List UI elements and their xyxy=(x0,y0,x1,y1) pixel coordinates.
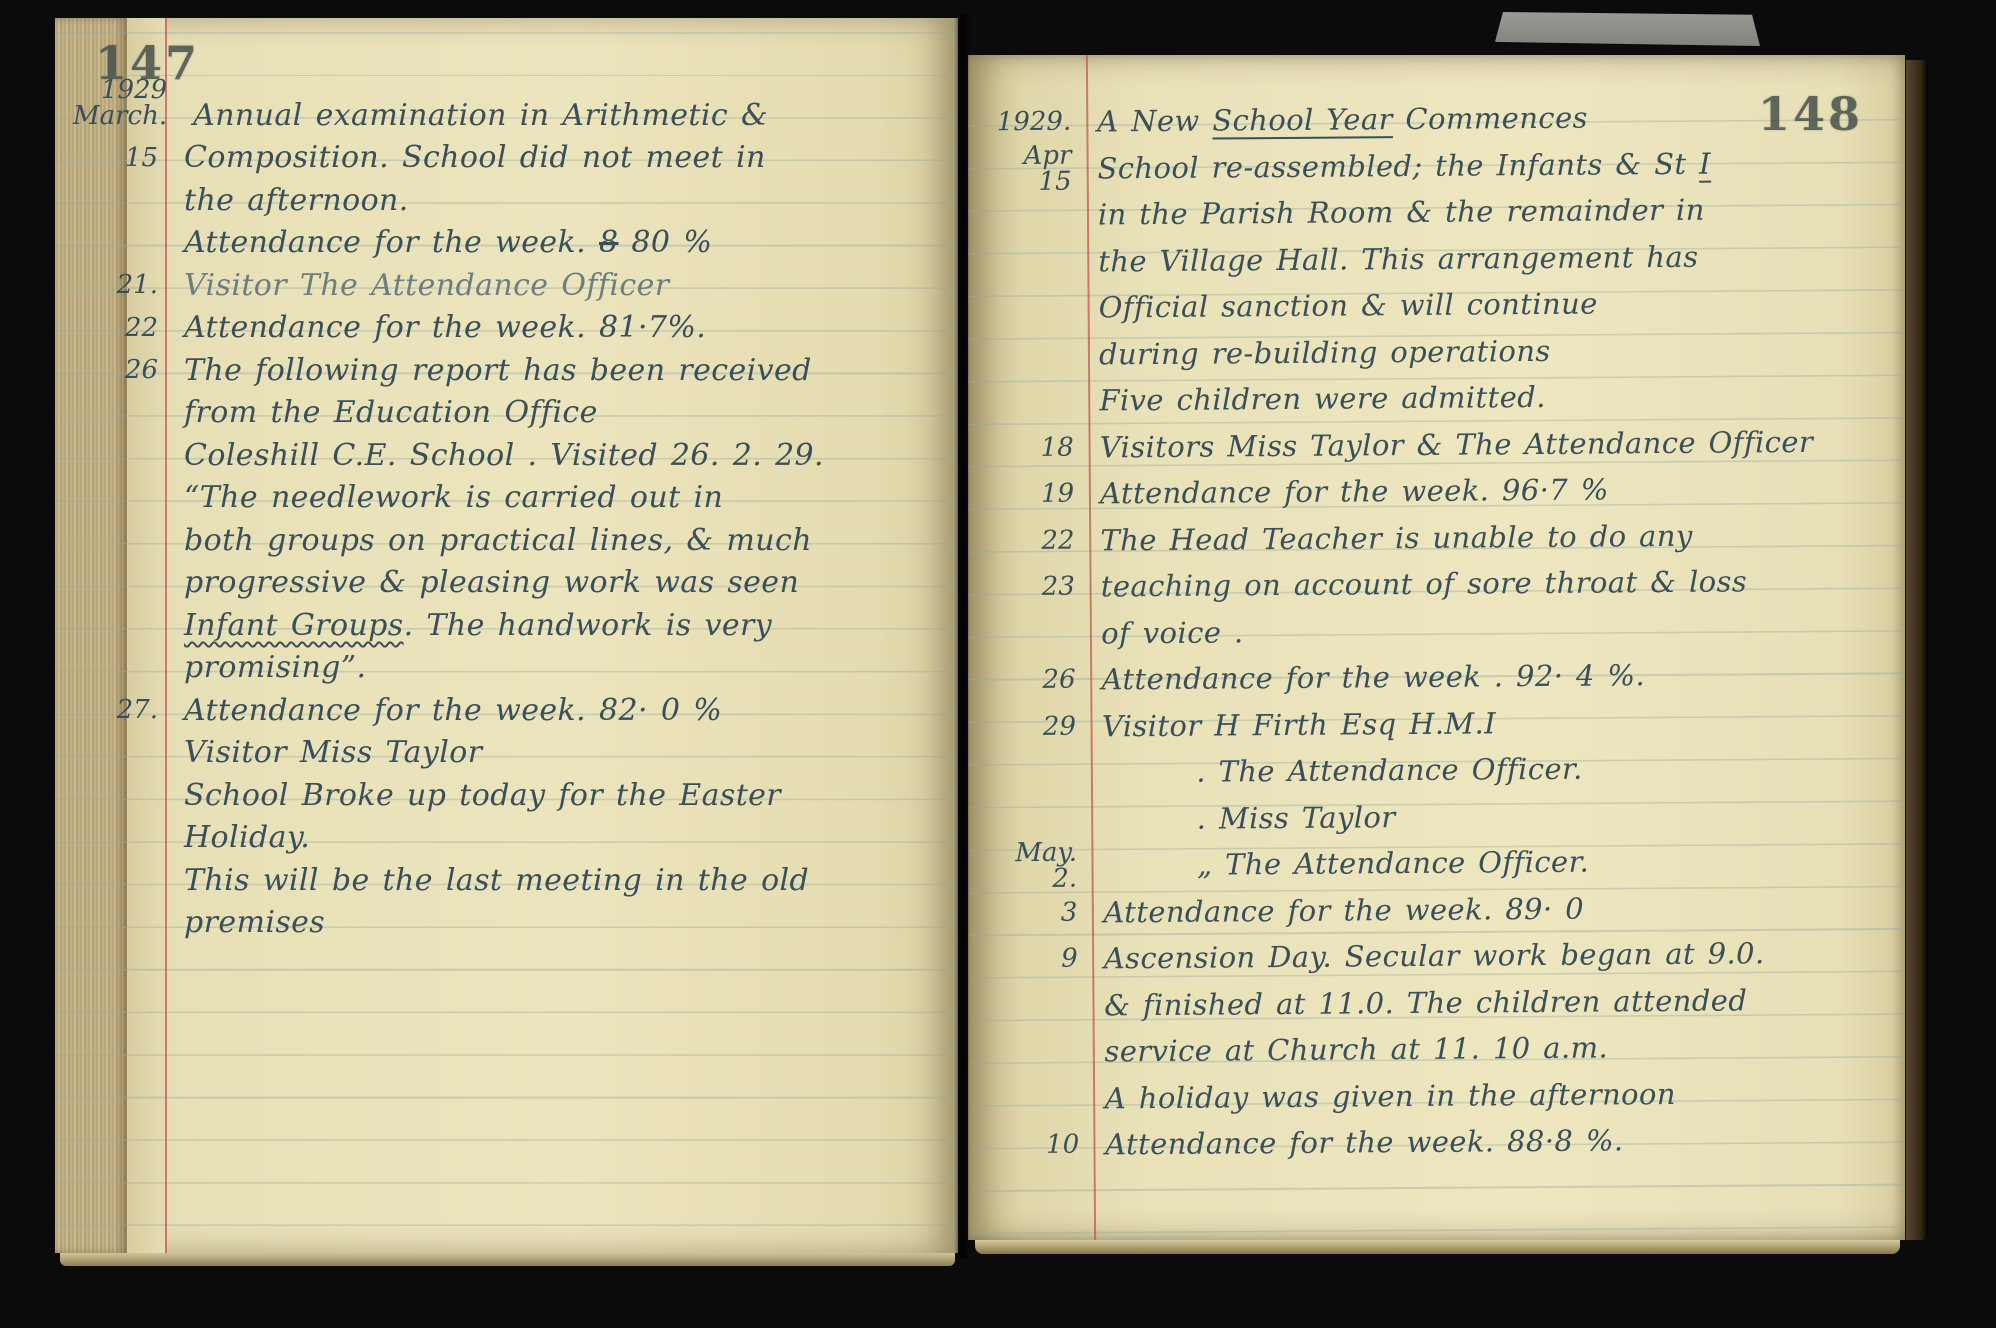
logbook-line: 26The following report has been received xyxy=(73,349,948,392)
margin-date xyxy=(993,1005,1088,1006)
entry-text-segment: Ascension Day. Secular work began at 9.0… xyxy=(1104,936,1765,975)
repair-tape xyxy=(1495,12,1760,46)
entry-text: service at Church at 11. 10 a.m. xyxy=(1088,1028,1902,1068)
logbook-line: School Broke up today for the Easter xyxy=(73,774,948,817)
logbook-line: in the Parish Room & the remainder in xyxy=(987,185,1896,239)
logbook-line: both groups on practical lines, & much xyxy=(73,519,948,562)
logbook-line: the Village Hall. This arrangement has xyxy=(987,232,1896,286)
entry-text-segment: I xyxy=(1699,146,1711,180)
entry-text: & finished at 11.0. The children attende… xyxy=(1088,982,1902,1022)
entry-text: The following report has been received xyxy=(168,353,948,388)
entry-text-segment: School Year xyxy=(1212,102,1393,137)
entry-text-segment: Attendance for the week . 92· 4 %. xyxy=(1101,658,1645,696)
entry-text: Infant Groups. The handwork is very xyxy=(168,608,948,643)
logbook-line: from the Education Office xyxy=(73,392,948,435)
margin-date: 23 xyxy=(990,574,1085,601)
entry-text-segment: Annual examination in Arithmetic & xyxy=(193,98,768,133)
entry-text: . Miss Taylor xyxy=(1087,796,1901,836)
entry-text-segment: The Head Teacher is unable to do any xyxy=(1100,519,1692,558)
entry-text-segment: 80 % xyxy=(618,225,712,260)
entry-text: Official sanction & will continue xyxy=(1083,284,1897,324)
entry-text-segment: the afternoon. xyxy=(184,183,409,218)
entry-text-segment: Commences xyxy=(1393,101,1588,137)
logbook-line: Holiday. xyxy=(73,817,948,860)
logbook-line: 1929March.Annual examination in Arithmet… xyxy=(73,94,948,137)
logbook-line: service at Church at 11. 10 a.m. xyxy=(993,1022,1902,1076)
logbook-line: Attendance for the week. 8 80 % xyxy=(73,222,948,265)
logbook-line: Five children were admitted. xyxy=(988,371,1897,425)
margin-date: 18 xyxy=(989,434,1084,461)
entry-text-segment: Coleshill C.E. School . Visited 26. 2. 2… xyxy=(184,438,824,473)
margin-date: 29 xyxy=(991,713,1086,740)
entry-text-segment: Attendance for the week. 88·8 %. xyxy=(1105,1124,1624,1162)
entry-text: the Village Hall. This arrangement has xyxy=(1082,238,1896,278)
entry-text-segment: teaching on account of sore throat & los… xyxy=(1101,565,1748,604)
logbook-line: 15Composition. School did not meet in xyxy=(73,137,948,180)
margin-date: 19 xyxy=(989,481,1084,508)
logbook-line: May. 2.„ The Attendance Officer. xyxy=(992,836,1901,890)
margin-date: 26 xyxy=(73,357,168,383)
entry-text: both groups on practical lines, & much xyxy=(168,523,948,558)
bottom-page-edge xyxy=(60,1253,955,1266)
entry-text-segment: premises xyxy=(184,905,325,940)
margin-date: 22 xyxy=(73,315,168,341)
logbook-line: the afternoon. xyxy=(73,179,948,222)
margin-date xyxy=(990,633,1085,634)
logbook-photo: 147 1929March.Annual examination in Arit… xyxy=(0,0,1996,1328)
margin-date: 21. xyxy=(73,272,168,298)
right-page: 148 1929.A New School Year CommencesApr … xyxy=(968,55,1905,1240)
margin-date: 3 xyxy=(992,899,1087,926)
entry-text-segment: in the Parish Room & the remainder in xyxy=(1098,193,1705,232)
entry-text: in the Parish Room & the remainder in xyxy=(1082,191,1896,231)
entry-text-segment: Attendance for the week. 81·7%. xyxy=(184,310,706,345)
logbook-line: . Miss Taylor xyxy=(991,790,1900,844)
entry-text: Ascension Day. Secular work began at 9.0… xyxy=(1088,935,1902,975)
logbook-line: 18Visitors Miss Taylor & The Attendance … xyxy=(989,418,1898,472)
entry-text: Coleshill C.E. School . Visited 26. 2. 2… xyxy=(168,438,948,473)
entry-text-segment: of voice . xyxy=(1101,615,1244,650)
margin-date: 15 xyxy=(73,145,168,171)
entry-text-segment: A New xyxy=(1097,104,1212,139)
logbook-line: Visitor Miss Taylor xyxy=(73,732,948,775)
margin-date: Apr 15 xyxy=(986,142,1081,195)
logbook-line: This will be the last meeting in the old xyxy=(73,859,948,902)
entry-text: the afternoon. xyxy=(168,183,948,218)
logbook-line: Coleshill C.E. School . Visited 26. 2. 2… xyxy=(73,434,948,477)
entry-text-segment: Attendance for the week. 96·7 % xyxy=(1100,473,1609,511)
entry-text-segment: progressive & pleasing work was seen xyxy=(184,565,799,600)
entry-text-segment: A holiday was given in the afternoon xyxy=(1105,1077,1676,1115)
entry-text: of voice . xyxy=(1085,610,1899,650)
entry-text: Attendance for the week. 96·7 % xyxy=(1084,470,1898,510)
logbook-line: “The needlework is carried out in xyxy=(73,477,948,520)
margin-date: May. 2. xyxy=(992,840,1087,893)
entry-text: School re-assembled; the Infants & St I xyxy=(1081,145,1895,185)
margin-date xyxy=(988,308,1083,309)
entry-text-segment: the Village Hall. This arrangement has xyxy=(1098,239,1698,278)
logbook-line: 29Visitor H Firth Esq H.M.I xyxy=(991,697,1900,751)
entry-text-segment: during re-building operations xyxy=(1099,334,1551,372)
logbook-line: 9Ascension Day. Secular work began at 9.… xyxy=(993,929,1902,983)
entry-text: progressive & pleasing work was seen xyxy=(168,565,948,600)
logbook-line: Infant Groups. The handwork is very xyxy=(73,604,948,647)
entry-text: School Broke up today for the Easter xyxy=(168,778,948,813)
margin-date: 22 xyxy=(989,527,1084,554)
logbook-line: . The Attendance Officer. xyxy=(991,743,1900,797)
entry-text-segment: . The handwork is very xyxy=(404,608,773,643)
entry-text: premises xyxy=(168,905,948,940)
entry-text: from the Education Office xyxy=(168,395,948,430)
entry-text: This will be the last meeting in the old xyxy=(168,863,948,898)
book-cover-edge xyxy=(1906,60,1928,1240)
entry-text-segment: Attendance for the week. xyxy=(184,225,599,260)
left-page: 147 1929March.Annual examination in Arit… xyxy=(55,18,958,1253)
margin-date: 10 xyxy=(994,1132,1089,1159)
margin-date xyxy=(991,773,1086,774)
logbook-line: 19Attendance for the week. 96·7 % xyxy=(989,464,1898,518)
entry-text: The Head Teacher is unable to do any xyxy=(1084,517,1898,557)
margin-date xyxy=(987,215,1082,216)
logbook-line: during re-building operations xyxy=(988,325,1897,379)
entry-text-segment: 8 xyxy=(599,225,619,260)
left-page-entries: 1929March.Annual examination in Arithmet… xyxy=(73,94,948,944)
margin-date xyxy=(988,354,1083,355)
entry-text-segment: Infant Groups xyxy=(184,608,404,643)
logbook-line: promising”. xyxy=(73,647,948,690)
logbook-line: premises xyxy=(73,902,948,945)
entry-text: Composition. School did not meet in xyxy=(168,140,948,175)
entry-text: Attendance for the week. 89· 0 xyxy=(1087,889,1901,929)
logbook-line: 22The Head Teacher is unable to do any xyxy=(989,511,1898,565)
logbook-line: 26Attendance for the week . 92· 4 %. xyxy=(990,650,1899,704)
logbook-line: 1929.A New School Year Commences xyxy=(986,92,1895,146)
margin-date xyxy=(987,261,1082,262)
entry-text-segment: Visitor The Attendance Officer xyxy=(184,268,669,303)
entry-text-segment: School Broke up today for the Easter xyxy=(184,778,781,813)
entry-text: A holiday was given in the afternoon xyxy=(1089,1075,1903,1115)
entry-text: Attendance for the week. 8 80 % xyxy=(168,225,948,260)
logbook-line: 21.Visitor The Attendance Officer xyxy=(73,264,948,307)
margin-date: 26 xyxy=(990,667,1085,694)
entry-text-segment: The following report has been received xyxy=(184,353,812,388)
margin-date: 1929. xyxy=(986,109,1081,136)
entry-text-segment: service at Church at 11. 10 a.m. xyxy=(1104,1031,1608,1069)
book-gutter-crease xyxy=(954,14,970,1259)
logbook-line: 27.Attendance for the week. 82· 0 % xyxy=(73,689,948,732)
entry-text-segment: Holiday. xyxy=(184,820,310,855)
entry-text: Annual examination in Arithmetic & xyxy=(177,98,948,133)
entry-text-segment: promising”. xyxy=(184,650,366,685)
entry-text-segment: “The needlework is carried out in xyxy=(184,480,723,515)
logbook-line: & finished at 11.0. The children attende… xyxy=(993,976,1902,1030)
entry-text-segment: Visitors Miss Taylor & The Attendance Of… xyxy=(1100,425,1814,465)
entry-text-segment: Attendance for the week. 82· 0 % xyxy=(184,693,722,728)
entry-text-segment: & finished at 11.0. The children attende… xyxy=(1104,983,1747,1022)
entry-text-segment: . Miss Taylor xyxy=(1197,800,1396,836)
logbook-line: 10Attendance for the week. 88·8 %. xyxy=(994,1115,1903,1169)
margin-date xyxy=(988,401,1083,402)
entry-text-segment: „ The Attendance Officer. xyxy=(1197,845,1589,882)
entry-text: Visitor H Firth Esq H.M.I xyxy=(1086,703,1900,743)
logbook-line: progressive & pleasing work was seen xyxy=(73,562,948,605)
entry-text-segment: . The Attendance Officer. xyxy=(1196,752,1583,789)
entry-text-segment: Composition. School did not meet in xyxy=(184,140,766,175)
entry-text: Attendance for the week. 81·7%. xyxy=(168,310,948,345)
logbook-line: of voice . xyxy=(990,604,1899,658)
logbook-line: Official sanction & will continue xyxy=(987,278,1896,332)
right-page-entries: 1929.A New School Year CommencesApr 15Sc… xyxy=(986,92,1903,1169)
margin-date xyxy=(992,819,1087,820)
entry-text: Visitor The Attendance Officer xyxy=(168,268,948,303)
logbook-line: 3Attendance for the week. 89· 0 xyxy=(992,883,1901,937)
entry-text-segment: both groups on practical lines, & much xyxy=(184,523,812,558)
entry-text: promising”. xyxy=(168,650,948,685)
entry-text: . The Attendance Officer. xyxy=(1086,749,1900,789)
entry-text: Attendance for the week. 88·8 %. xyxy=(1089,1121,1903,1161)
entry-text: A New School Year Commences xyxy=(1081,98,1895,138)
entry-text: during re-building operations xyxy=(1083,331,1897,371)
logbook-line: 23teaching on account of sore throat & l… xyxy=(990,557,1899,611)
entry-text-segment: Five children were admitted. xyxy=(1099,380,1546,418)
entry-text: Visitor Miss Taylor xyxy=(168,735,948,770)
margin-date xyxy=(993,1052,1088,1053)
logbook-line: 22Attendance for the week. 81·7%. xyxy=(73,307,948,350)
entry-text-segment: School re-assembled; the Infants & St xyxy=(1097,146,1699,185)
entry-text-segment: Attendance for the week. 89· 0 xyxy=(1103,891,1584,929)
entry-text: Visitors Miss Taylor & The Attendance Of… xyxy=(1084,424,1898,464)
margin-date: 9 xyxy=(993,946,1088,973)
entry-text: Five children were admitted. xyxy=(1083,377,1897,417)
entry-text: Holiday. xyxy=(168,820,948,855)
entry-text: “The needlework is carried out in xyxy=(168,480,948,515)
logbook-line: Apr 15School re-assembled; the Infants &… xyxy=(986,139,1895,193)
bottom-page-edge xyxy=(975,1240,1900,1254)
entry-text-segment: Official sanction & will continue xyxy=(1099,287,1598,325)
entry-text: Attendance for the week. 82· 0 % xyxy=(168,693,948,728)
entry-text-segment: Visitor Miss Taylor xyxy=(184,735,482,770)
entry-text: Attendance for the week . 92· 4 %. xyxy=(1085,656,1899,696)
margin-date xyxy=(994,1098,1089,1099)
entry-text: „ The Attendance Officer. xyxy=(1087,842,1901,882)
entry-text: teaching on account of sore throat & los… xyxy=(1085,563,1899,603)
margin-date: 27. xyxy=(73,697,168,723)
entry-text-segment: Visitor H Firth Esq H.M.I xyxy=(1102,706,1496,743)
entry-text-segment: from the Education Office xyxy=(184,395,598,430)
entry-text-segment: This will be the last meeting in the old xyxy=(184,863,809,898)
logbook-line: A holiday was given in the afternoon xyxy=(994,1069,1903,1123)
margin-date: 1929March. xyxy=(73,77,177,129)
